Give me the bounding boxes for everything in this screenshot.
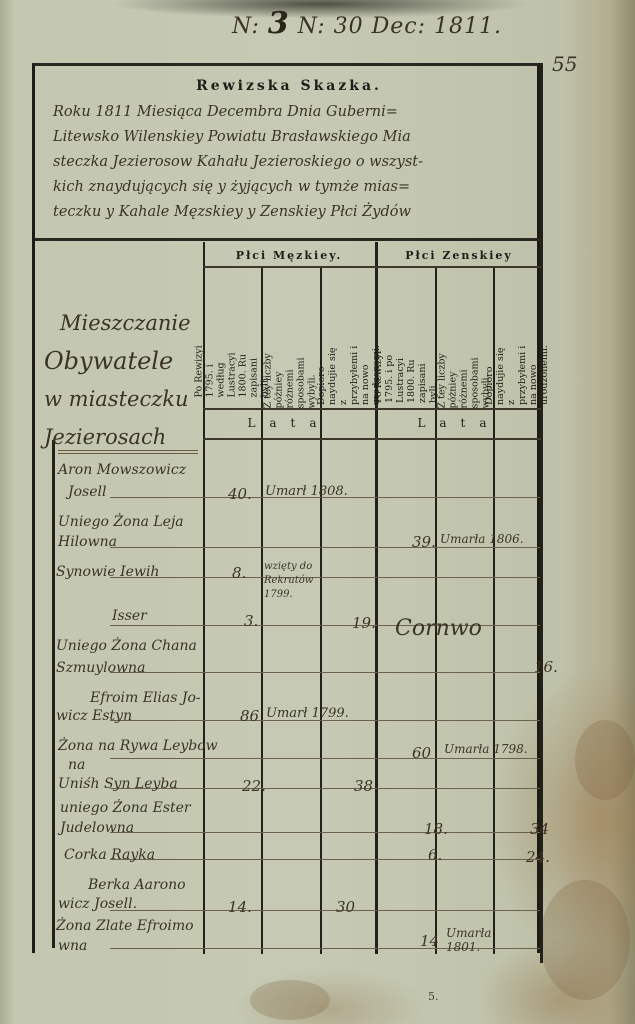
entry-name: Judelowna: [60, 820, 134, 836]
heading-line: w miasteczku: [44, 380, 191, 418]
male-departed-note: wzięty do Rekrutów 1799.: [264, 560, 320, 602]
heading-line: Obywatele: [44, 342, 191, 380]
male-registered-age: 8.: [232, 564, 246, 582]
entry-name: na: [68, 757, 85, 773]
archive-number: 3: [268, 6, 290, 41]
female-registered-age: 18.: [424, 820, 448, 838]
entry-name: Hilowna: [58, 534, 117, 550]
row-leader: [110, 577, 540, 578]
intro-line: Litewsko Wilenskiey Powiatu Brasławskieg…: [53, 125, 543, 150]
archive-date: N: 30 Dec: 1811.: [298, 14, 502, 39]
female-departed-note: Umarła 1806.: [440, 532, 524, 546]
document-page: N: 3 N: 30 Dec: 1811. 55 Rewizska Skazka…: [0, 0, 635, 1024]
archive-reference: N: 3 N: 30 Dec: 1811.: [232, 6, 502, 41]
female-departed-note: Umarła 1798.: [444, 742, 528, 756]
male-group-header: Płci Męzkiey.: [203, 249, 375, 262]
female-current-age: 34: [530, 820, 549, 838]
male-col-registered-header: Po Rewizyi 1795. i według Lustracyi 1800…: [204, 268, 260, 408]
heading-line: Mieszczanie: [44, 304, 191, 342]
entry-name: Szmuylowna: [56, 660, 145, 676]
male-departed-note: Umarł 1799.: [266, 706, 349, 721]
female-registered-age: 60: [412, 744, 431, 762]
female-current-age: 24.: [526, 848, 550, 866]
header-divider: [35, 238, 543, 241]
entry-name: Efroim Elias Jo-: [90, 690, 201, 706]
male-departed-note: Umarł 1808.: [265, 484, 348, 499]
male-years-label: Lata: [203, 416, 375, 430]
female-group-header: Płci Zenskiey: [377, 249, 541, 262]
entry-name: wicz Josell.: [58, 896, 137, 912]
margin-annotation: Cornwo: [395, 616, 482, 641]
male-registered-age: 14.: [228, 898, 252, 916]
entry-name: Isser: [112, 608, 147, 624]
male-registered-age: 40.: [228, 485, 252, 503]
female-departed-note: Umarła 1801.: [446, 926, 494, 954]
water-stain: [540, 880, 630, 1000]
page-number: 5.: [428, 990, 439, 1003]
male-col-current-header: Dopioro naydujie się z przybyłemi i na n…: [321, 268, 377, 408]
entry-name: Berka Aarono: [88, 877, 186, 893]
intro-line: teczku y Kahale Męzskiey y Zenskiey Płci…: [53, 200, 543, 225]
male-registered-age: 86: [240, 707, 259, 725]
entry-name: wna: [58, 938, 87, 954]
entry-name: Josell: [68, 484, 106, 500]
row-leader: [110, 672, 540, 673]
row-leader: [110, 859, 540, 860]
left-column-heading: Mieszczanie Obywatele w miasteczku Jezie…: [44, 304, 191, 456]
entry-name: Uniśh Syn Leyba: [58, 776, 178, 792]
female-col-current-header: Dopioro naydujie się z przybyłemi i na n…: [494, 268, 540, 408]
lata-bottom-rule: [203, 438, 541, 440]
entry-name: Corka Rayka: [64, 847, 155, 863]
male-col-departed-header: Z tey liczby póżniey różnemi sposobami w…: [262, 268, 318, 408]
row-leader: [110, 832, 540, 833]
intro-text: Roku 1811 Miesiąca Decembra Dnia Guberni…: [53, 100, 543, 225]
female-current-age: 16.: [534, 658, 558, 676]
female-registered-age: 6.: [428, 846, 442, 864]
female-col-registered-header: Po Rewizyi 1795. i po Lustracyi 1800. Ru…: [378, 268, 434, 408]
heading-double-rule: [58, 450, 198, 454]
entry-name: uniego Żona Ester: [60, 800, 191, 816]
row-leader: [110, 758, 540, 759]
female-registered-age: 39.: [412, 533, 436, 551]
male-current-age: 38: [354, 777, 373, 795]
female-years-label: Lata: [377, 416, 541, 430]
entry-name: Żona na Rywa Leybow: [58, 738, 218, 754]
entry-name: Uniego Żona Leja: [58, 514, 184, 530]
water-stain: [575, 720, 635, 800]
male-current-age: 19.: [352, 614, 376, 632]
entry-name: Uniego Żona Chana: [56, 638, 197, 654]
form-title: Rewizska Skazka.: [35, 78, 543, 94]
female-registered-age: 14: [420, 932, 439, 950]
entry-name: Żona Zlate Efroimo: [56, 918, 194, 934]
left-margin-line: [52, 440, 55, 948]
folio-number: 55: [552, 52, 577, 76]
entry-name: wicz Estyn: [56, 708, 132, 724]
male-registered-age: 22.: [242, 777, 266, 795]
entry-name: Aron Mowszowicz: [58, 462, 186, 478]
row-leader: [110, 910, 540, 911]
archive-prefix: N:: [232, 14, 260, 39]
male-registered-age: 3.: [244, 612, 258, 630]
male-current-age: 30: [336, 898, 355, 916]
entry-name: Synowie Iewih: [56, 564, 159, 580]
intro-line: steczka Jezierosow Kahału Jezieroskiego …: [53, 150, 543, 175]
water-stain: [250, 980, 330, 1020]
row-leader: [110, 547, 540, 548]
intro-line: Roku 1811 Miesiąca Decembra Dnia Guberni…: [53, 100, 543, 125]
intro-line: kich znaydujących się y żyjących w tymże…: [53, 175, 543, 200]
